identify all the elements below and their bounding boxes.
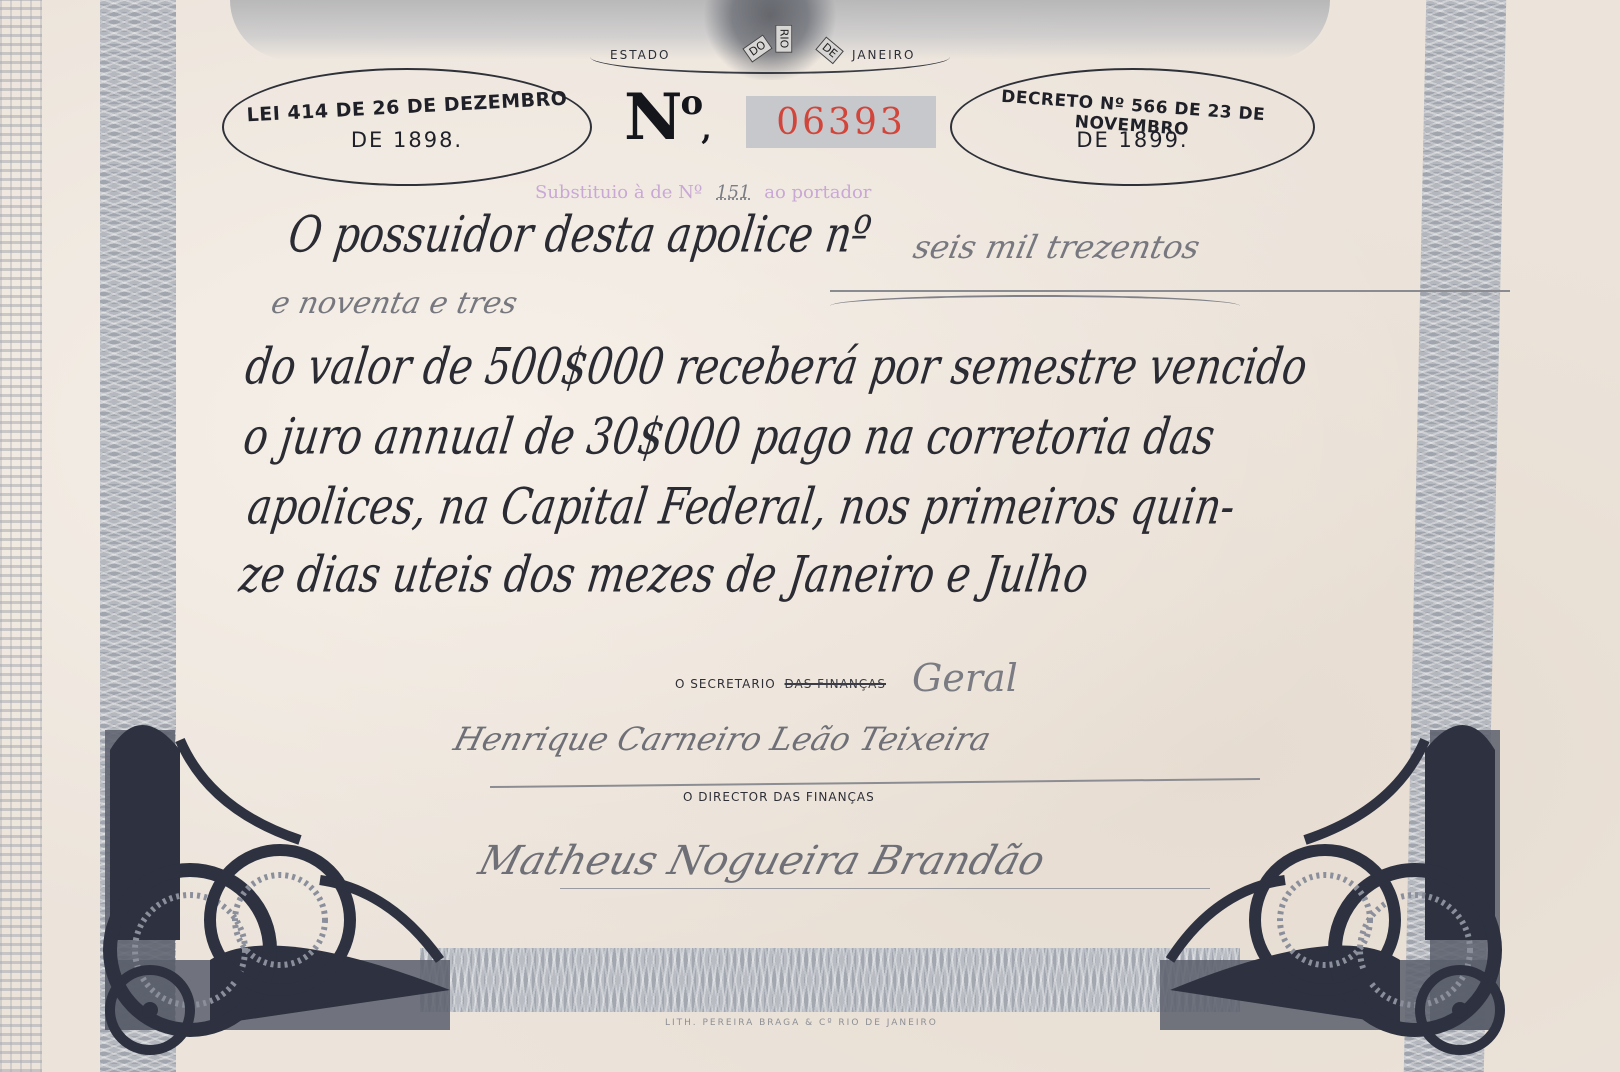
serial-number-box: 06393 [746, 96, 936, 148]
secretary-label: O SECRETARIO DAS FINANÇAS [675, 677, 886, 691]
ribbon-text-janeiro: JANEIRO [852, 48, 915, 62]
handwritten-number-1: seis mil trezentos [910, 228, 1203, 266]
pencil-flourish [830, 295, 1240, 317]
director-label: O DIRECTOR DAS FINANÇAS [683, 790, 875, 804]
number-label-o: o [681, 83, 702, 123]
stamp-number: 151 [716, 182, 750, 203]
law-reference: LEI 414 DE 26 DE DEZEMBRO [224, 86, 591, 127]
substitution-stamp: Substituio à de Nº 151 ao portador [535, 182, 871, 203]
body-line-5: ze dias uteis dos mezes de Janeiro e Jul… [236, 547, 1092, 605]
handwritten-number-2: e noventa e tres [268, 286, 520, 321]
decree-year: DE 1899. [952, 128, 1313, 152]
secretary-signature: Henrique Carneiro Leão Teixeira [450, 720, 995, 758]
director-signature-line [560, 888, 1210, 889]
body-line-4: apolices, na Capital Federal, nos primei… [244, 479, 1238, 537]
stamp-suffix: ao portador [764, 182, 871, 203]
body-line-1: O possuidor desta apolice nº [285, 207, 874, 265]
guilloche-border-bottom [420, 948, 1240, 1012]
secretary-title-handwritten: Geral [912, 656, 1018, 700]
law-cartouche: LEI 414 DE 26 DE DEZEMBRO DE 1898. [222, 68, 592, 186]
ribbon-text-estado: ESTADO [610, 48, 671, 62]
number-label: No, [624, 86, 710, 150]
body-line-3: o juro annual de 30$000 pago na corretor… [240, 409, 1218, 467]
number-label-n: N [624, 80, 681, 155]
printer-imprint: LITH. PEREIRA BRAGA & Cº RIO DE JANEIRO [665, 1018, 938, 1028]
lace-border [0, 0, 42, 1072]
decree-cartouche: DECRETO Nº 566 DE 23 DE NOVEMBRO DE 1899… [950, 68, 1315, 186]
stamp-prefix: Substituio à de Nº [535, 182, 702, 203]
director-signature: Matheus Nogueira Brandão [474, 838, 1050, 884]
ornament-corner-left-icon [70, 690, 450, 1070]
law-year: DE 1898. [224, 128, 590, 152]
serial-number: 06393 [776, 102, 906, 143]
secretary-title-struck: DAS FINANÇAS [785, 677, 886, 691]
ornament-corner-right-icon [1160, 690, 1540, 1070]
secretary-title: O SECRETARIO [675, 677, 776, 691]
body-line-2: do valor de 500$000 receberá por semestr… [242, 339, 1311, 397]
crest-band-rio: RIO [775, 25, 792, 53]
